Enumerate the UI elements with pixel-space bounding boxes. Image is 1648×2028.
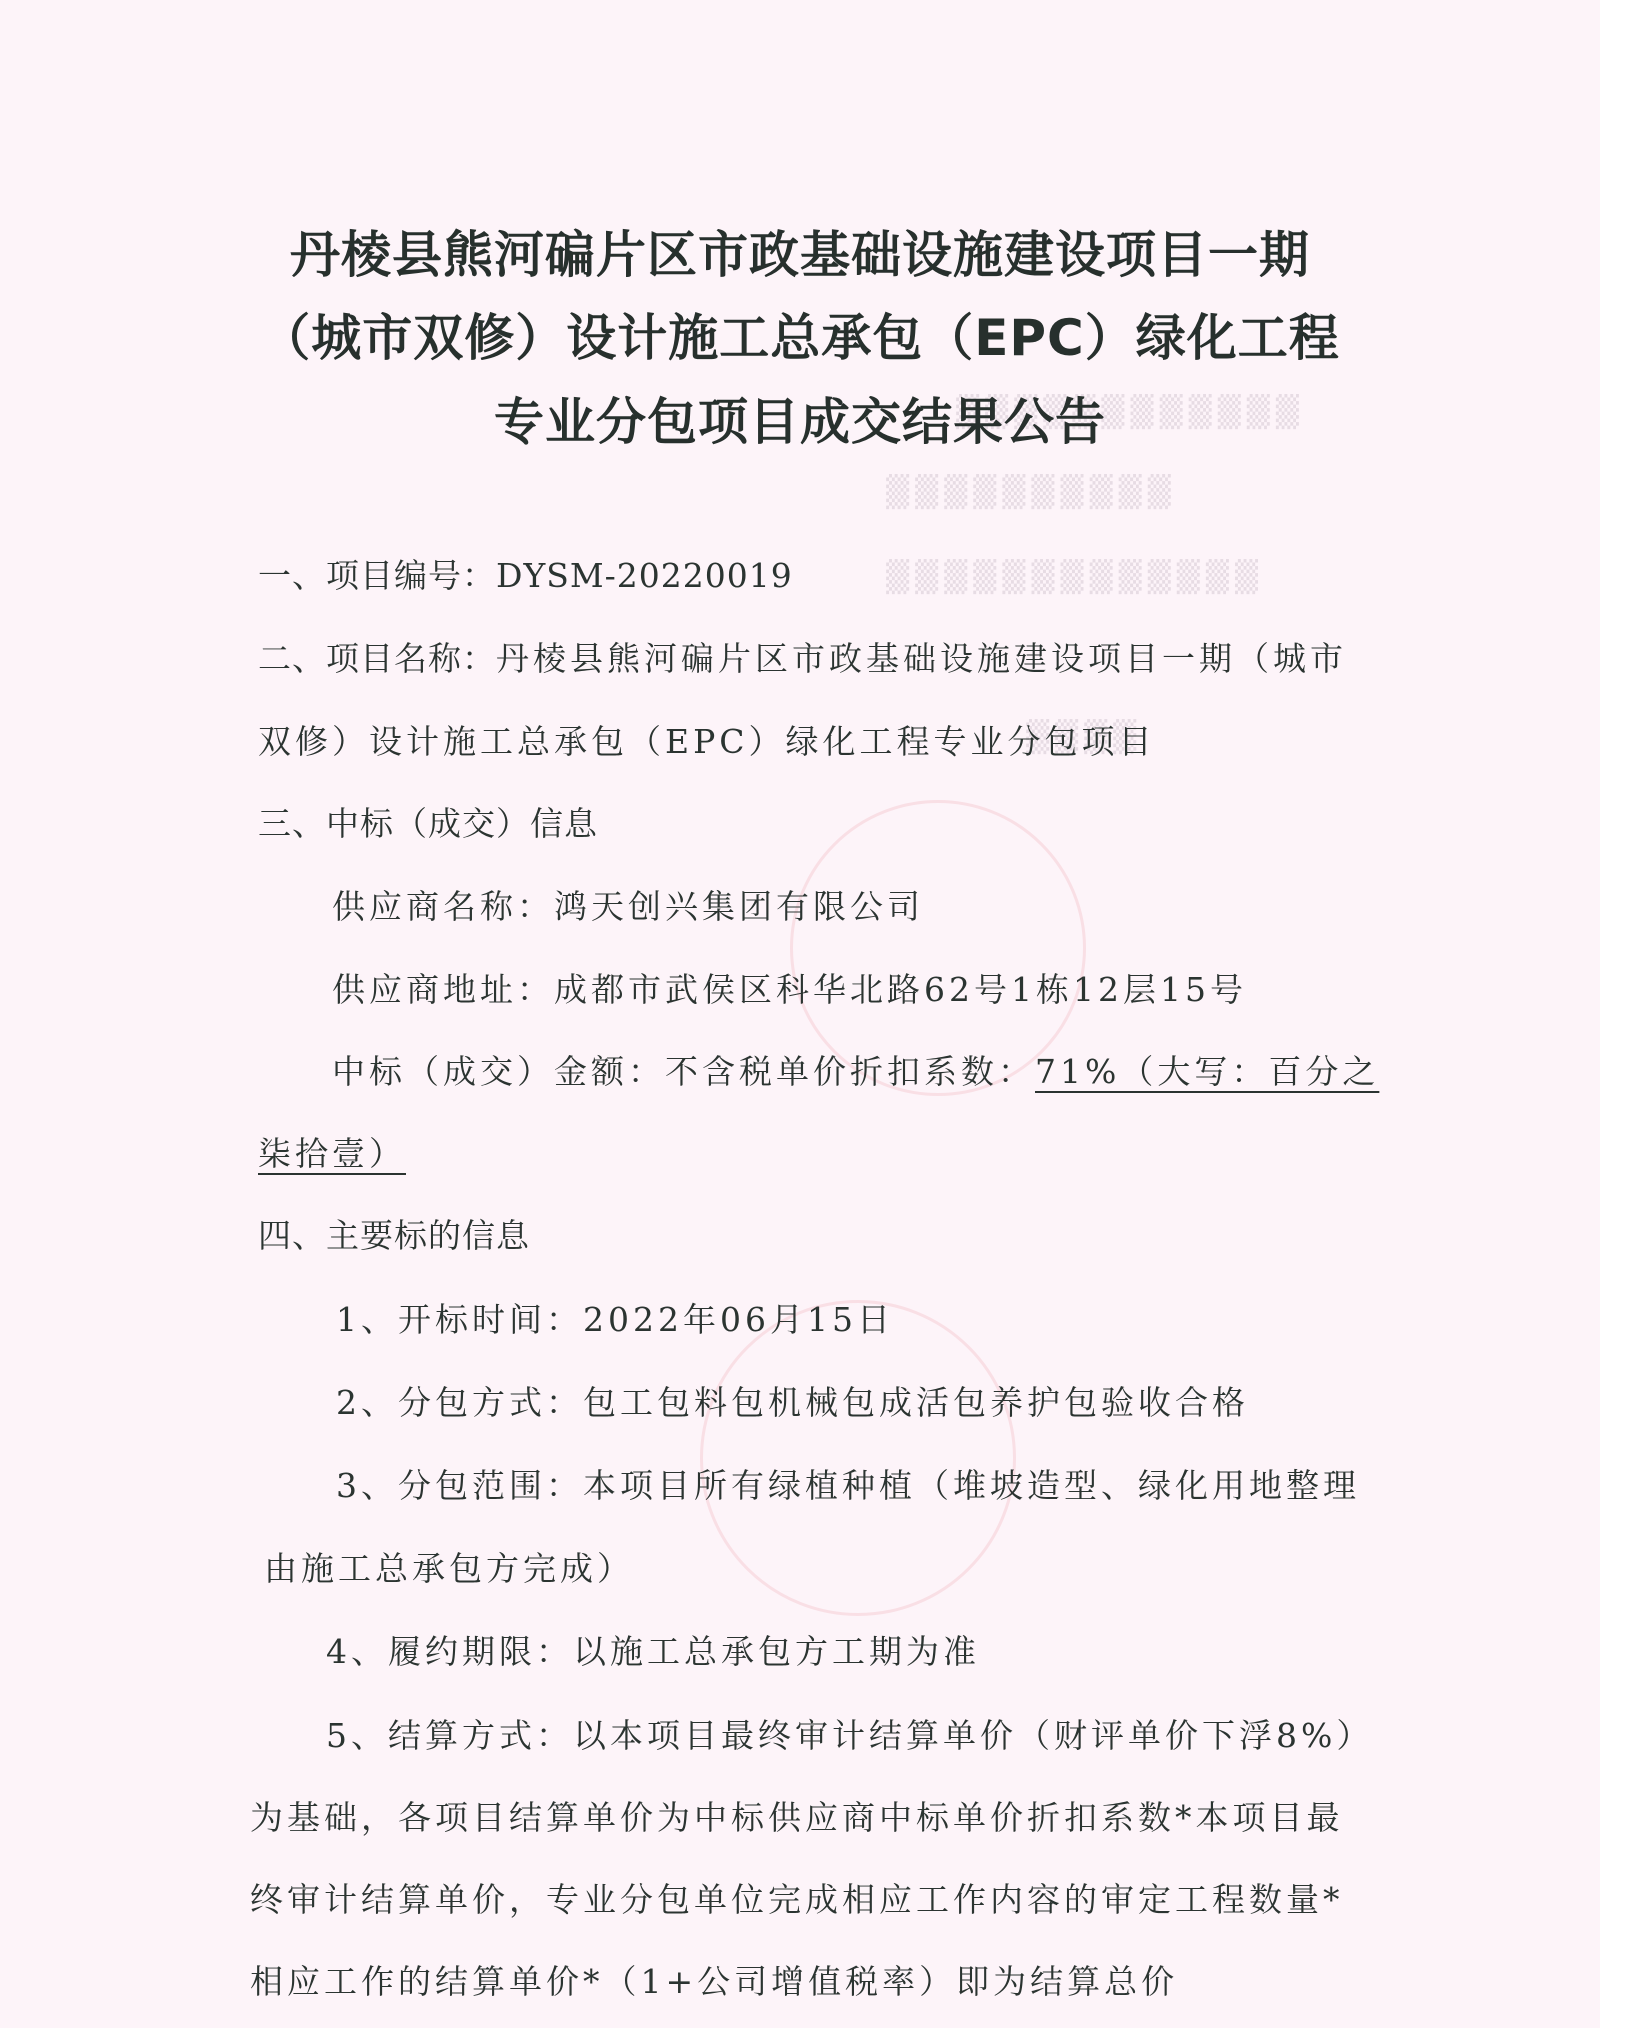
section-project-number: 一、项目编号：DYSM-20220019 [258,550,793,597]
section-project-name: 二、项目名称：丹棱县熊河碥片区市政基础设施建设项目一期（城市 [258,633,1347,680]
settlement-method-continued: 相应工作的结算单价*（1+公司增值税率）即为结算总价 [250,1956,1178,2003]
document-page: ​▒▒▒▒▒▒▒▒▒▒▒▒ ​▒▒▒▒▒▒▒▒▒▒ ​▒▒▒▒▒▒▒▒▒▒▒▒▒… [0,0,1600,2028]
bid-amount-label: 中标（成交）金额：不含税单价折扣系数： [332,1052,1035,1091]
supplier-address-row: 供应商地址：成都市武侯区科华北路62号1栋12层15号 [332,964,1247,1011]
seal-stamp-faint [700,1300,1016,1616]
settlement-method-row: 5、结算方式：以本项目最终审计结算单价（财评单价下浮8%） [326,1710,1373,1757]
supplier-name-label: 供应商名称： [332,887,554,926]
document-title-line-2: （城市双修）设计施工总承包（EPC）绿化工程 [0,298,1600,370]
item-label: 1、开标时间： [336,1300,583,1339]
section-heading: 四、主要标的信息 [258,1210,530,1257]
document-title-line-3: 专业分包项目成交结果公告 [0,382,1600,454]
subcontract-scope-continued: 由施工总承包方完成） [264,1543,634,1590]
performance-period-row: 4、履约期限：以施工总承包方工期为准 [326,1626,980,1673]
bid-amount-value-continued: 柒拾壹） [258,1128,406,1175]
item-value: 包工包料包机械包成活包养护包验收合格 [583,1383,1249,1422]
item-value: 以施工总承包方工期为准 [573,1632,980,1671]
document-title-line-1: 丹棱县熊河碥片区市政基础设施建设项目一期 [0,215,1600,287]
item-value: 本项目所有绿植种植（堆坡造型、绿化用地整理 [583,1466,1360,1505]
item-value: 2022年06月15日 [583,1300,894,1339]
section-heading: 二、项目名称： [258,639,496,678]
bleed-through-text: ​▒▒▒▒▒▒▒▒▒▒▒▒▒ [880,560,1258,595]
settlement-method-continued: 为基础，各项目结算单价为中标供应商中标单价折扣系数*本项目最 [250,1792,1344,1839]
section-heading: 三、中标（成交）信息 [258,798,598,845]
bid-opening-time-row: 1、开标时间：2022年06月15日 [336,1294,894,1341]
section-heading: 一、项目编号： [258,556,496,595]
bid-amount-value: 71%（大写：百分之 [1035,1052,1379,1091]
supplier-address: 成都市武侯区科华北路62号1栋12层15号 [554,970,1247,1009]
supplier-address-label: 供应商地址： [332,970,554,1009]
bid-amount-row: 中标（成交）金额：不含税单价折扣系数：71%（大写：百分之 [332,1046,1379,1093]
supplier-name: 鸿天创兴集团有限公司 [554,887,924,926]
item-label: 5、结算方式： [326,1716,573,1755]
project-name-continued: 双修）设计施工总承包（EPC）绿化工程专业分包项目 [258,716,1156,763]
item-label: 2、分包方式： [336,1383,583,1422]
item-value: 以本项目最终审计结算单价（财评单价下浮8%） [573,1716,1373,1755]
subcontract-scope-row: 3、分包范围：本项目所有绿植种植（堆坡造型、绿化用地整理 [336,1460,1360,1507]
project-name: 丹棱县熊河碥片区市政基础设施建设项目一期（城市 [496,639,1347,678]
bleed-through-text: ​▒▒▒▒▒▒▒▒▒▒ [880,475,1171,510]
settlement-method-continued: 终审计结算单价，专业分包单位完成相应工作内容的审定工程数量* [250,1874,1344,1921]
subcontract-method-row: 2、分包方式：包工包料包机械包成活包养护包验收合格 [336,1377,1249,1424]
item-label: 3、分包范围： [336,1466,583,1505]
supplier-name-row: 供应商名称：鸿天创兴集团有限公司 [332,881,924,928]
item-label: 4、履约期限： [326,1632,573,1671]
project-number: DYSM-20220019 [496,556,793,595]
